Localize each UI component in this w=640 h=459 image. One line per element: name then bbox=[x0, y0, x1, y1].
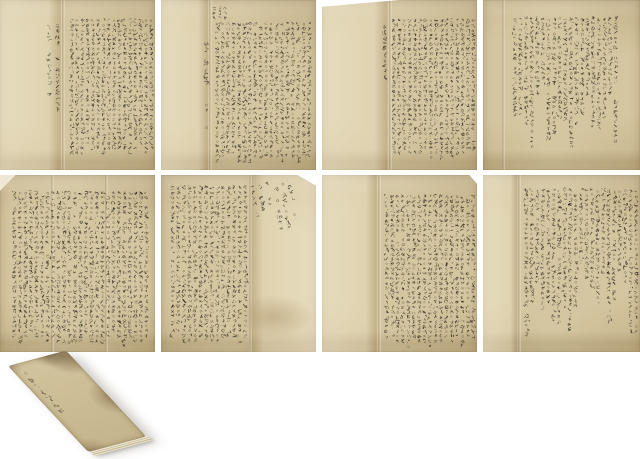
manuscript-page-3-photo bbox=[322, 0, 477, 170]
handwriting-canvas bbox=[0, 0, 155, 170]
manuscript-page-6-photo bbox=[161, 175, 316, 352]
manuscript-booklet-cover bbox=[8, 350, 146, 452]
handwriting-canvas bbox=[161, 0, 316, 170]
manuscript-page-4-photo bbox=[483, 0, 640, 170]
handwriting-canvas bbox=[322, 175, 477, 352]
book-page-edges bbox=[91, 436, 152, 456]
book-title-label bbox=[20, 369, 74, 418]
manuscript-collage bbox=[0, 0, 640, 459]
handwriting-canvas bbox=[483, 175, 640, 352]
manuscript-page-5-photo bbox=[0, 175, 155, 352]
handwriting-canvas bbox=[483, 0, 640, 170]
manuscript-page-1-photo bbox=[0, 0, 155, 170]
handwriting-canvas bbox=[0, 175, 155, 352]
manuscript-page-8-photo bbox=[483, 175, 640, 352]
manuscript-page-2-photo bbox=[161, 0, 316, 170]
handwriting-canvas bbox=[322, 0, 477, 170]
manuscript-page-7-photo bbox=[322, 175, 477, 352]
handwriting-canvas bbox=[161, 175, 316, 352]
